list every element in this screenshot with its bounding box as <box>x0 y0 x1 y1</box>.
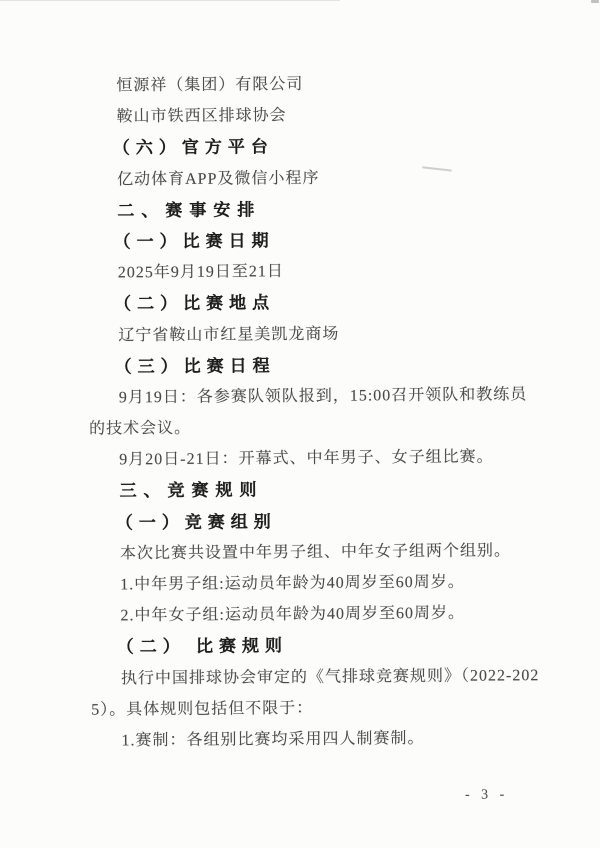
doc-line: 的技术会议。 <box>89 410 521 445</box>
doc-line: 执行中国排球协会审定的《气排球竞赛规则》（2022-202 <box>91 660 523 695</box>
doc-line: 2.中年女子组:运动员年龄为40周岁至60周岁。 <box>90 597 522 632</box>
section-heading: （一）竞赛组别 <box>90 504 522 539</box>
section-heading: （二）比赛地点 <box>88 286 520 321</box>
doc-line: 恒源祥（集团）有限公司 <box>86 67 518 102</box>
doc-line: 本次比赛共设置中年男子组、中年女子组两个组别。 <box>90 535 522 570</box>
section-heading: （二） 比赛规则 <box>91 629 523 664</box>
section-heading: （一）比赛日期 <box>87 223 519 258</box>
doc-line: 1.中年男子组:运动员年龄为40周岁至60周岁。 <box>90 566 522 601</box>
section-heading: （三）比赛日程 <box>88 348 520 383</box>
section-heading: 二、赛事安排 <box>87 192 519 227</box>
doc-line: 鞍山市铁西区排球协会 <box>86 98 518 133</box>
doc-line: 亿动体育APP及微信小程序 <box>87 161 519 196</box>
document-body: 恒源祥（集团）有限公司 鞍山市铁西区排球协会 （六）官方平台 亿动体育APP及微… <box>86 67 523 756</box>
doc-line: 辽宁省鞍山市红星美凯龙商场 <box>88 317 520 352</box>
page-number: - 3 - <box>465 787 508 803</box>
doc-line: 2025年9月19日至21日 <box>88 254 520 289</box>
doc-line: 9月20日-21日：开幕式、中年男子、女子组比赛。 <box>89 442 521 477</box>
section-heading: （六）官方平台 <box>87 130 519 165</box>
doc-line: 1.赛制：各组别比赛均采用四人制赛制。 <box>91 722 523 757</box>
scanned-content: 恒源祥（集团）有限公司 鞍山市铁西区排球协会 （六）官方平台 亿动体育APP及微… <box>0 0 600 848</box>
doc-line: 5）。具体规则包括但不限于： <box>91 691 523 726</box>
section-heading: 三、竞赛规则 <box>89 473 521 508</box>
doc-line: 9月19日：各参赛队领队报到，15:00召开领队和教练员 <box>89 379 521 414</box>
document-page: 恒源祥（集团）有限公司 鞍山市铁西区排球协会 （六）官方平台 亿动体育APP及微… <box>0 0 600 848</box>
